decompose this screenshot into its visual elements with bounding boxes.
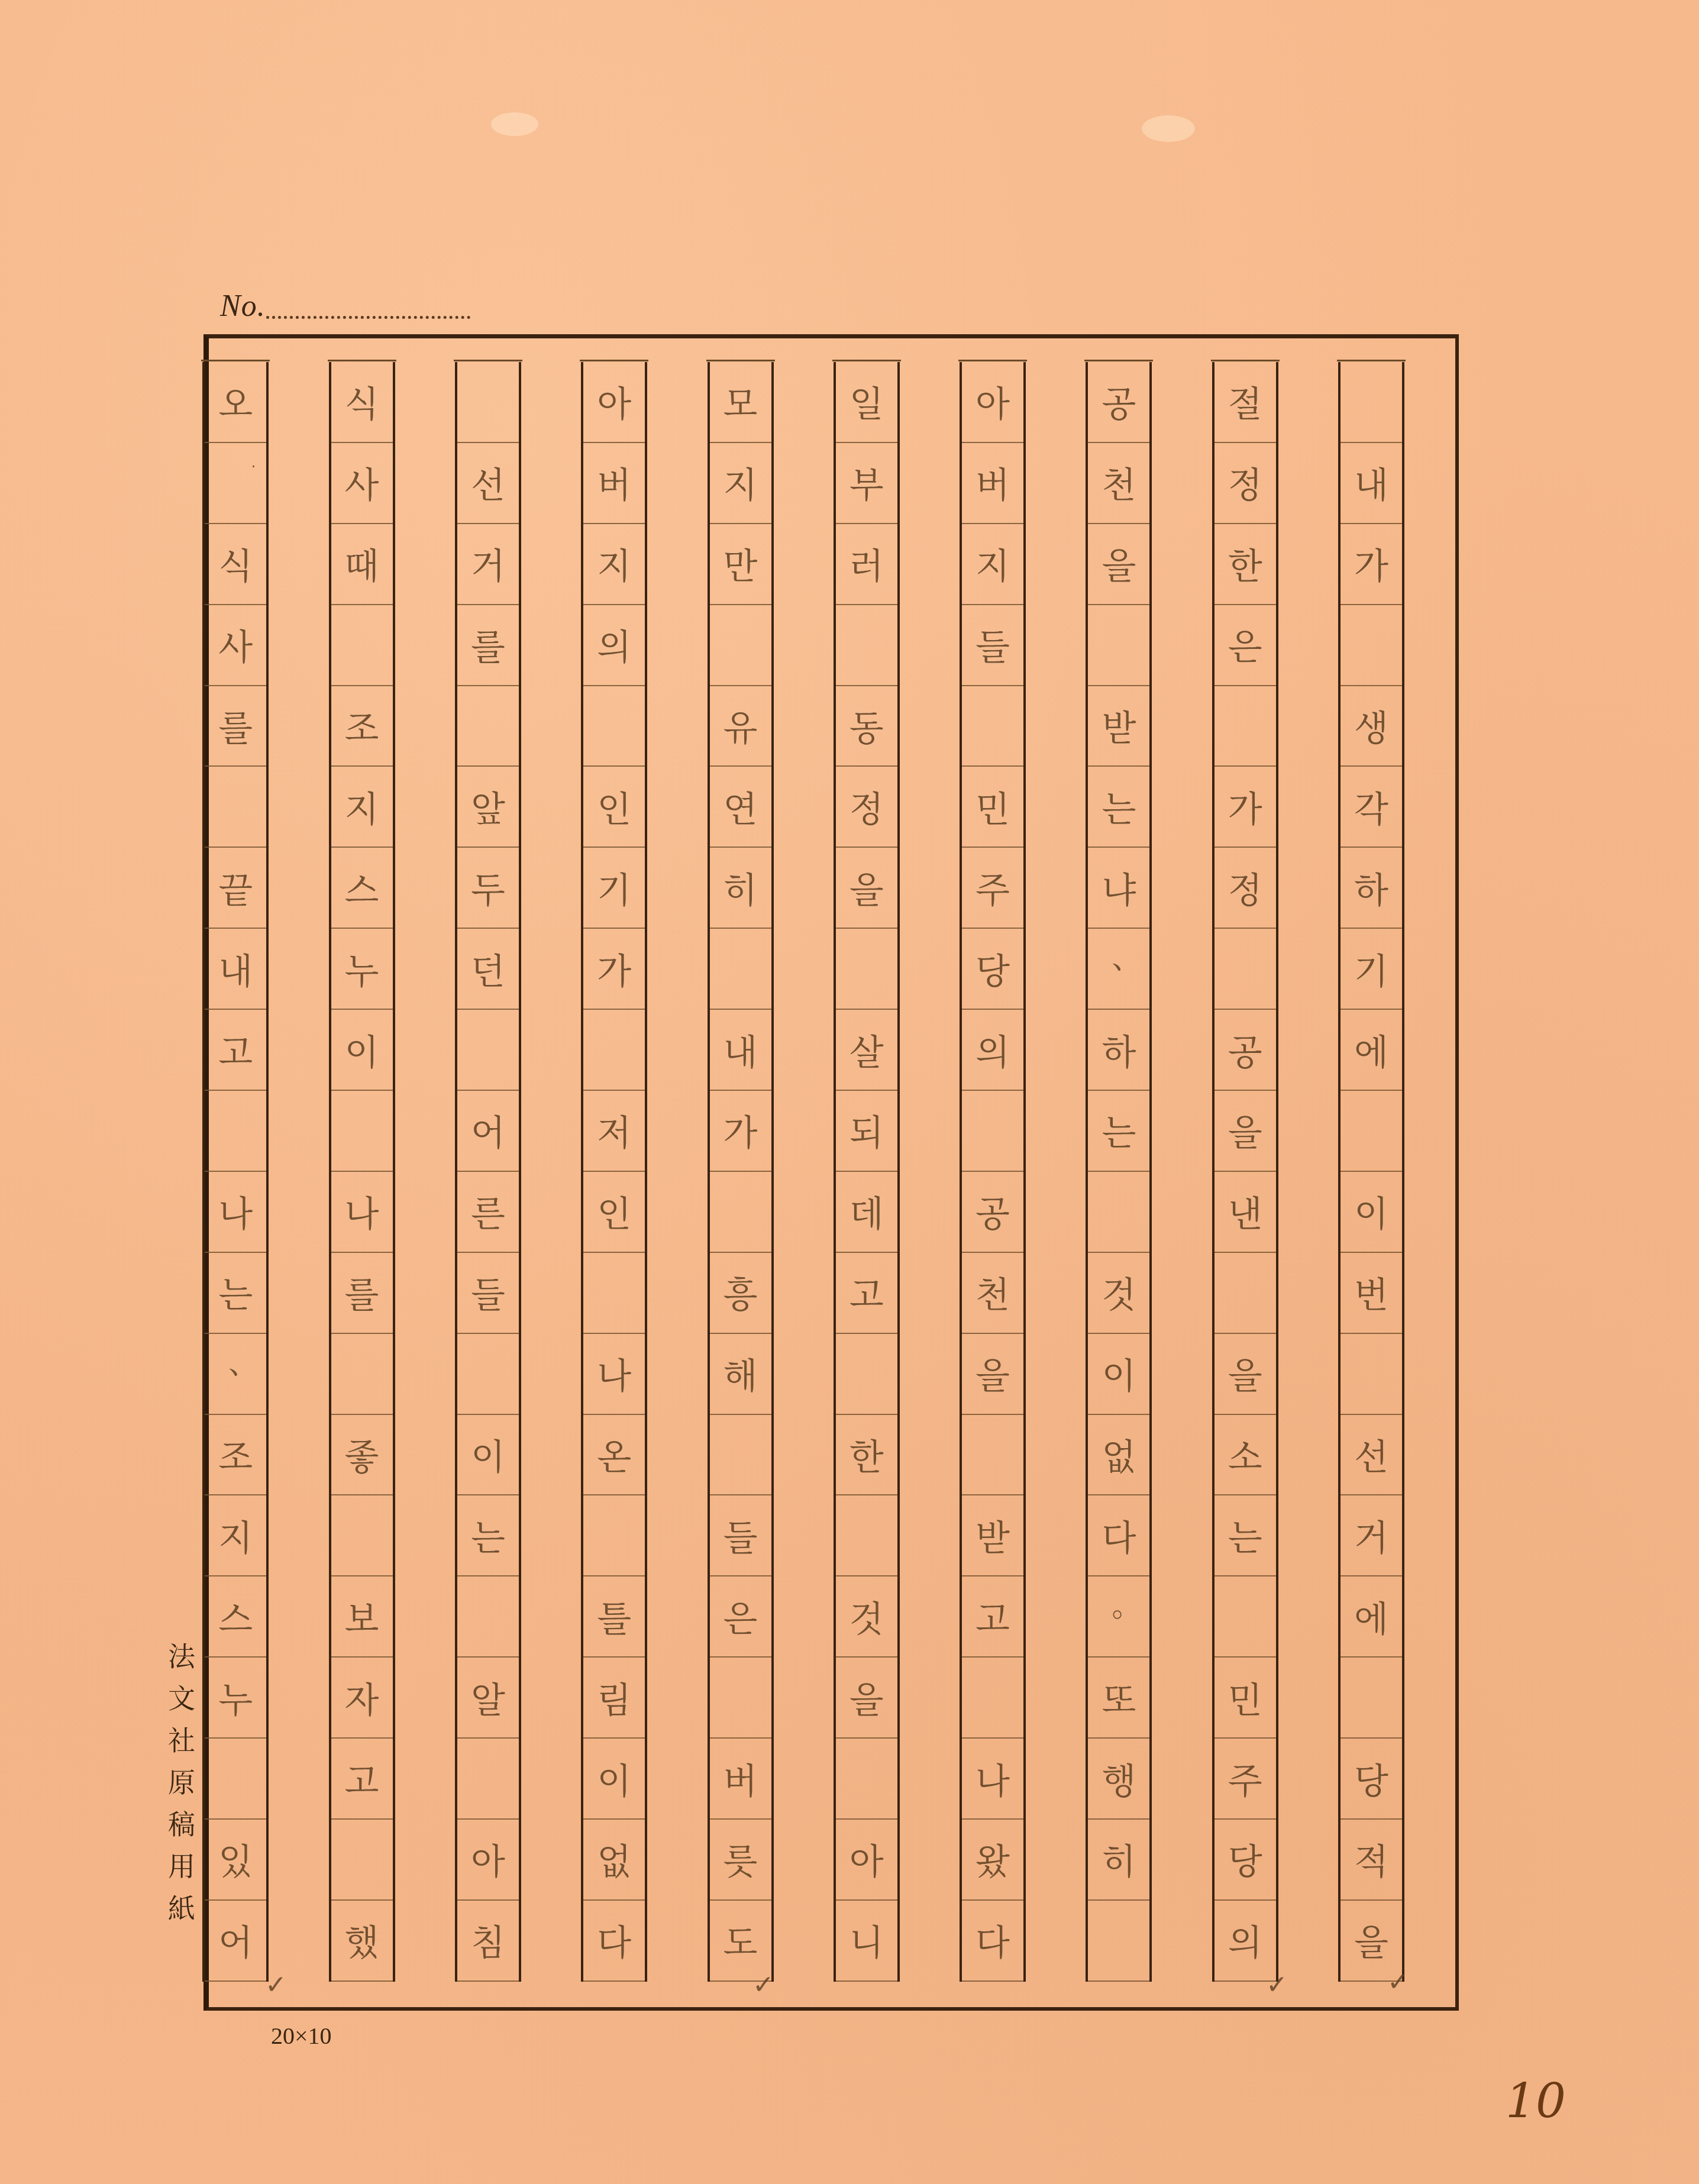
manuscript-cell: 아: [583, 362, 645, 443]
manuscript-cell: 저: [583, 1091, 645, 1172]
manuscript-cell: 나: [583, 1334, 645, 1415]
manuscript-cell: 인: [583, 767, 645, 848]
manuscript-cell: 인: [583, 1172, 645, 1253]
column-top-rule: [832, 360, 901, 361]
column-top-rule: [580, 360, 648, 361]
manuscript-cell: 다: [583, 1901, 645, 1982]
manuscript-cell: 가: [583, 929, 645, 1010]
manuscript-cell: 버: [583, 443, 645, 524]
manuscript-cell: 내: [1341, 443, 1402, 524]
manuscript-cell: 적: [1341, 1820, 1402, 1901]
manuscript-cell: [457, 1334, 519, 1415]
manuscript-cell: 지: [583, 524, 645, 605]
manuscript-cell: [1215, 1576, 1276, 1658]
manuscript-cell: [1341, 605, 1402, 686]
manuscript-cell: 왔: [962, 1820, 1023, 1901]
manuscript-cell: 、: [205, 1334, 266, 1415]
manuscript-cell: 내: [710, 1010, 771, 1091]
manuscript-cell: 모: [710, 362, 771, 443]
manuscript-cell: 주: [962, 848, 1023, 929]
manuscript-cell: 누: [205, 1658, 266, 1739]
manuscript-cell: 스: [205, 1576, 266, 1658]
manuscript-cell: 버: [962, 443, 1023, 524]
publisher-label: 法文社原稿用紙: [167, 1636, 196, 1930]
manuscript-cell: 오: [205, 362, 266, 443]
manuscript-cell: 사: [331, 443, 393, 524]
manuscript-cell: 스: [331, 848, 393, 929]
manuscript-cell: 조: [205, 1415, 266, 1496]
manuscript-cell: 공: [1088, 362, 1149, 443]
manuscript-cell: 민: [1215, 1658, 1276, 1739]
manuscript-cell: 누: [331, 929, 393, 1010]
paper-smudge: [1142, 115, 1195, 142]
manuscript-cell: 는: [1088, 1091, 1149, 1172]
manuscript-cell: 히: [710, 848, 771, 929]
manuscript-cell: 내: [205, 929, 266, 1010]
publisher-label-char: 用: [167, 1846, 196, 1888]
manuscript-cell: 고: [331, 1739, 393, 1820]
manuscript-cell: [205, 1739, 266, 1820]
manuscript-cell: [1088, 1901, 1149, 1982]
manuscript-cell: 기: [583, 848, 645, 929]
column-top-rule: [1337, 360, 1406, 361]
manuscript-cell: 한: [836, 1415, 897, 1496]
manuscript-cell: 선: [457, 443, 519, 524]
manuscript-cell: 。: [1088, 1576, 1149, 1658]
manuscript-cell: 좋: [331, 1415, 393, 1496]
manuscript-cell: 가: [710, 1091, 771, 1172]
check-mark-icon: ✓: [265, 1970, 287, 2000]
manuscript-cell: [583, 1495, 645, 1576]
manuscript-cell: 번: [1341, 1253, 1402, 1334]
manuscript-column: 아버지의인기가저인나온틀림이없다: [581, 362, 647, 1982]
column-top-rule: [958, 360, 1027, 361]
manuscript-cell: [457, 1739, 519, 1820]
manuscript-cell: 릇: [710, 1820, 771, 1901]
manuscript-cell: 、: [1088, 929, 1149, 1010]
column-top-rule: [706, 360, 775, 361]
manuscript-cell: 조: [331, 686, 393, 767]
check-mark-icon: ✓: [752, 1970, 774, 2000]
column-top-rule: [201, 360, 270, 361]
publisher-label-char: 法: [167, 1636, 196, 1678]
manuscript-cell: 거: [1341, 1495, 1402, 1576]
manuscript-cell: [710, 1172, 771, 1253]
manuscript-cell: 나: [962, 1739, 1023, 1820]
manuscript-cell: 는: [1088, 767, 1149, 848]
manuscript-cell: 보: [331, 1576, 393, 1658]
manuscript-cell: 부: [836, 443, 897, 524]
manuscript-cell: [1341, 1091, 1402, 1172]
manuscript-cell: 일: [836, 362, 897, 443]
manuscript-cell: [457, 686, 519, 767]
manuscript-cell: 틀: [583, 1576, 645, 1658]
manuscript-cell: [836, 1334, 897, 1415]
manuscript-cell: 공: [962, 1172, 1023, 1253]
manuscript-cell: 나: [331, 1172, 393, 1253]
manuscript-cell: [331, 1091, 393, 1172]
manuscript-cell: 소: [1215, 1415, 1276, 1496]
manuscript-cell: 지: [710, 443, 771, 524]
manuscript-cell: 사: [205, 605, 266, 686]
publisher-label-char: 社: [167, 1720, 196, 1762]
manuscript-cell: 어: [205, 1901, 266, 1982]
manuscript-cell: 림: [583, 1658, 645, 1739]
manuscript-cell: [710, 1415, 771, 1496]
manuscript-cell: 아: [836, 1820, 897, 1901]
manuscript-column: 일부러동정을살되데고한것을아니: [834, 362, 900, 1982]
manuscript-cell: 다: [962, 1901, 1023, 1982]
manuscript-cell: ·: [205, 443, 266, 524]
publisher-label-char: 文: [167, 1678, 196, 1720]
manuscript-cell: [457, 1576, 519, 1658]
manuscript-cell: [583, 1253, 645, 1334]
manuscript-cell: 에: [1341, 1576, 1402, 1658]
manuscript-cell: 두: [457, 848, 519, 929]
manuscript-cell: [836, 605, 897, 686]
manuscript-cell: 만: [710, 524, 771, 605]
manuscript-cell: 끝: [205, 848, 266, 929]
manuscript-cell: 또: [1088, 1658, 1149, 1739]
check-mark-icon: ✓: [1387, 1967, 1409, 1997]
manuscript-cell: 연: [710, 767, 771, 848]
manuscript-cell: [1215, 929, 1276, 1010]
manuscript-cell: 당: [1215, 1820, 1276, 1901]
manuscript-cell: 고: [962, 1576, 1023, 1658]
paper-smudge: [491, 112, 538, 136]
manuscript-cell: 흥: [710, 1253, 771, 1334]
manuscript-cell: [1341, 1334, 1402, 1415]
manuscript-cell: 에: [1341, 1010, 1402, 1091]
manuscript-cell: 고: [205, 1010, 266, 1091]
manuscript-cell: 기: [1341, 929, 1402, 1010]
manuscript-column: 절정한은가정공을낸을소는민주당의: [1212, 362, 1278, 1982]
publisher-label-char: 紙: [167, 1888, 196, 1930]
manuscript-cell: 이: [583, 1739, 645, 1820]
manuscript-cell: [583, 1010, 645, 1091]
manuscript-cell: 들: [457, 1253, 519, 1334]
column-top-rule: [454, 360, 522, 361]
manuscript-cell: 버: [710, 1739, 771, 1820]
manuscript-cell: 정: [1215, 443, 1276, 524]
manuscript-cell: [1088, 1172, 1149, 1253]
manuscript-cell: [710, 929, 771, 1010]
manuscript-cell: 들: [710, 1495, 771, 1576]
manuscript-cell: 유: [710, 686, 771, 767]
manuscript-cell: 른: [457, 1172, 519, 1253]
manuscript-cell: 가: [1215, 767, 1276, 848]
manuscript-cell: 은: [710, 1576, 771, 1658]
manuscript-cell: 주: [1215, 1739, 1276, 1820]
manuscript-cell: [1215, 1253, 1276, 1334]
manuscript-cell: [1341, 362, 1402, 443]
manuscript-cell: 천: [1088, 443, 1149, 524]
manuscript-cell: [331, 605, 393, 686]
manuscript-cell: 알: [457, 1658, 519, 1739]
manuscript-cell: [1341, 1658, 1402, 1739]
manuscript-cell: [962, 1091, 1023, 1172]
publisher-label-char: 稿: [167, 1804, 196, 1846]
manuscript-cell: [836, 1739, 897, 1820]
manuscript-cell: 이: [1088, 1334, 1149, 1415]
manuscript-cell: 식: [205, 524, 266, 605]
manuscript-cell: 행: [1088, 1739, 1149, 1820]
manuscript-cell: 지: [331, 767, 393, 848]
manuscript-cell: [836, 929, 897, 1010]
manuscript-cell: 는: [1215, 1495, 1276, 1576]
column-top-rule: [328, 360, 396, 361]
manuscript-cell: 어: [457, 1091, 519, 1172]
manuscript-cell: 것: [1088, 1253, 1149, 1334]
manuscript-cell: 아: [457, 1820, 519, 1901]
manuscript-cell: 있: [205, 1820, 266, 1901]
manuscript-cell: 의: [962, 1010, 1023, 1091]
manuscript-cell: 동: [836, 686, 897, 767]
manuscript-cell: [836, 1495, 897, 1576]
manuscript-cell: 당: [1341, 1739, 1402, 1820]
manuscript-cell: 선: [1341, 1415, 1402, 1496]
manuscript-cell: 침: [457, 1901, 519, 1982]
manuscript-cell: 것: [836, 1576, 897, 1658]
manuscript-cell: [331, 1495, 393, 1576]
manuscript-cell: 되: [836, 1091, 897, 1172]
manuscript-cell: 아: [962, 362, 1023, 443]
manuscript-column: 내가생각하기에이번선거에당적을: [1338, 362, 1404, 1982]
manuscript-cell: 정: [836, 767, 897, 848]
manuscript-column: 선거를앞두던어른들이는알아침: [455, 362, 521, 1982]
manuscript-cell: 받: [1088, 686, 1149, 767]
manuscript-cell: 을: [1215, 1334, 1276, 1415]
manuscript-cell: 을: [1215, 1091, 1276, 1172]
manuscript-cell: 를: [205, 686, 266, 767]
manuscript-cell: 를: [331, 1253, 393, 1334]
manuscript-cell: 다: [1088, 1495, 1149, 1576]
manuscript-cell: 식: [331, 362, 393, 443]
column-top-rule: [1084, 360, 1153, 361]
manuscript-cell: [457, 362, 519, 443]
manuscript-cell: 지: [205, 1495, 266, 1576]
manuscript-cell: 데: [836, 1172, 897, 1253]
manuscript-cell: 는: [457, 1495, 519, 1576]
manuscript-cell: [1215, 686, 1276, 767]
manuscript-cell: 자: [331, 1658, 393, 1739]
manuscript-cell: 니: [836, 1901, 897, 1982]
manuscript-cell: 해: [710, 1334, 771, 1415]
manuscript-cell: 절: [1215, 362, 1276, 443]
manuscript-cell: 하: [1341, 848, 1402, 929]
manuscript-cell: 공: [1215, 1010, 1276, 1091]
manuscript-cell: 받: [962, 1495, 1023, 1576]
manuscript-cell: 정: [1215, 848, 1276, 929]
manuscript-cell: [583, 686, 645, 767]
manuscript-cell: 러: [836, 524, 897, 605]
manuscript-column: 아버지들민주당의공천을받고나왔다: [960, 362, 1026, 1982]
manuscript-cell: 을: [962, 1334, 1023, 1415]
manuscript-cell: 이: [331, 1010, 393, 1091]
manuscript-cell: 을: [1088, 524, 1149, 605]
manuscript-cell: [962, 1415, 1023, 1496]
manuscript-cell: 히: [1088, 1820, 1149, 1901]
manuscript-cell: 하: [1088, 1010, 1149, 1091]
manuscript-column: 오·식사를끝내고나는、조지스누있어: [202, 362, 269, 1982]
manuscript-cell: [205, 767, 266, 848]
manuscript-column: 공천을받는냐、하는것이없다。또행히: [1086, 362, 1152, 1982]
column-top-rule: [1211, 360, 1280, 361]
manuscript-cell: 한: [1215, 524, 1276, 605]
manuscript-cell: 던: [457, 929, 519, 1010]
manuscript-cell: [331, 1334, 393, 1415]
manuscript-column: 식사때조지스누이나를좋보자고했: [329, 362, 395, 1982]
manuscript-cell: 냐: [1088, 848, 1149, 929]
manuscript-cell: 생: [1341, 686, 1402, 767]
grid-size-label: 20×10: [271, 2022, 332, 2050]
manuscript-cell: 없: [583, 1820, 645, 1901]
manuscript-cell: 이: [1341, 1172, 1402, 1253]
manuscript-cell: 천: [962, 1253, 1023, 1334]
header-number-label: No.: [220, 289, 266, 324]
manuscript-cell: [205, 1091, 266, 1172]
manuscript-cell: 을: [836, 848, 897, 929]
manuscript-cell: 이: [457, 1415, 519, 1496]
manuscript-cell: 들: [962, 605, 1023, 686]
manuscript-cell: 살: [836, 1010, 897, 1091]
manuscript-cell: 때: [331, 524, 393, 605]
manuscript-cell: 각: [1341, 767, 1402, 848]
manuscript-cell: 은: [1215, 605, 1276, 686]
manuscript-cell: 했: [331, 1901, 393, 1982]
manuscript-cell: 당: [962, 929, 1023, 1010]
manuscript-cell: [331, 1820, 393, 1901]
manuscript-cell: 을: [836, 1658, 897, 1739]
check-mark-icon: ✓: [1266, 1970, 1288, 2000]
manuscript-cell: 없: [1088, 1415, 1149, 1496]
manuscript-cell: 온: [583, 1415, 645, 1496]
manuscript-cell: 지: [962, 524, 1023, 605]
publisher-label-char: 原: [167, 1762, 196, 1804]
manuscript-cell: [457, 1010, 519, 1091]
manuscript-cell: 고: [836, 1253, 897, 1334]
manuscript-cell: 의: [583, 605, 645, 686]
manuscript-cell: 낸: [1215, 1172, 1276, 1253]
manuscript-cell: [710, 1658, 771, 1739]
manuscript-cell: 나: [205, 1172, 266, 1253]
manuscript-cell: [962, 686, 1023, 767]
manuscript-cell: 를: [457, 605, 519, 686]
manuscript-cell: [1088, 605, 1149, 686]
manuscript-cell: 가: [1341, 524, 1402, 605]
manuscript-cell: 거: [457, 524, 519, 605]
manuscript-cell: [710, 605, 771, 686]
manuscript-cell: [962, 1658, 1023, 1739]
page-number: 10: [1506, 2073, 1566, 2128]
manuscript-cell: 앞: [457, 767, 519, 848]
header-number-field[interactable]: [266, 316, 470, 319]
manuscript-cell: 는: [205, 1253, 266, 1334]
manuscript-cell: 민: [962, 767, 1023, 848]
manuscript-column: 모지만유연히내가흥해들은버릇도: [708, 362, 774, 1982]
